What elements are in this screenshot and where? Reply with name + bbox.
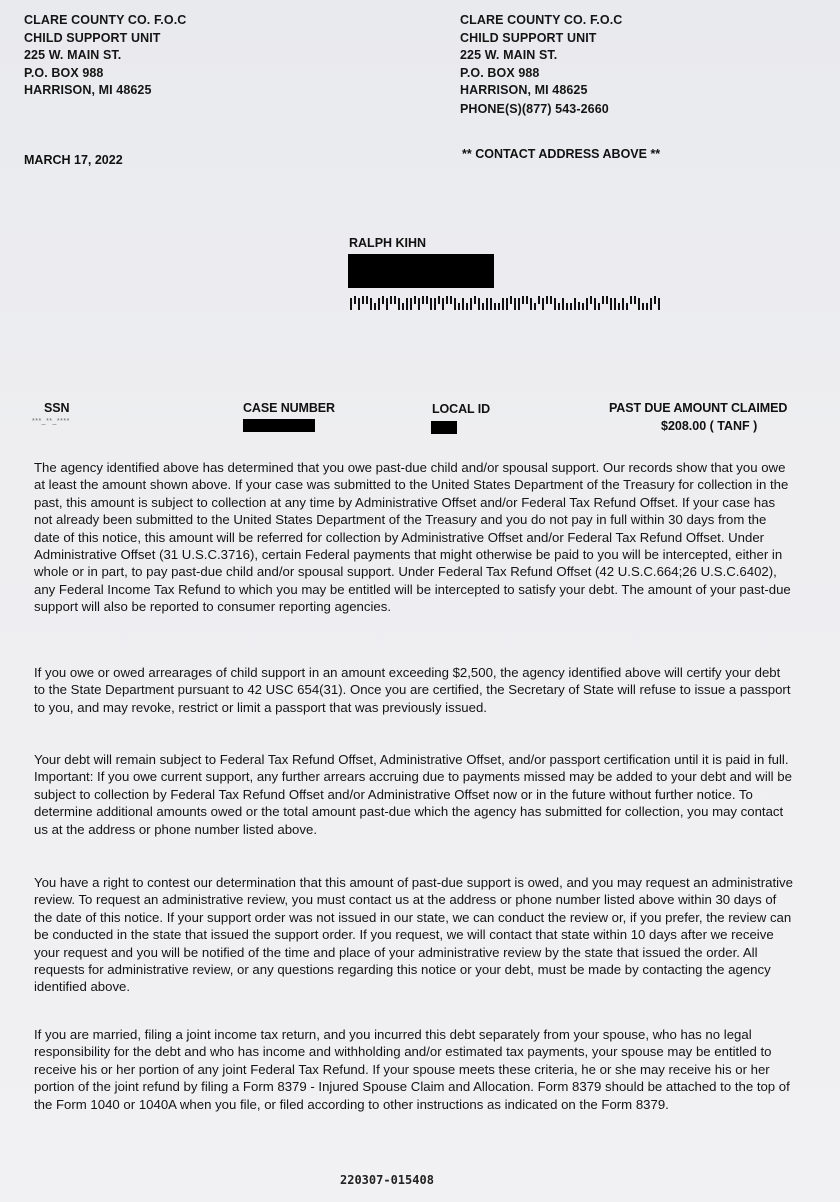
barcode-bar (446, 296, 448, 304)
barcode-bar (426, 296, 428, 304)
barcode-bar (606, 296, 608, 304)
sender-line: 225 W. MAIN ST. (24, 47, 186, 65)
barcode-bar (498, 303, 500, 310)
barcode-bar (586, 298, 588, 310)
barcode-bar (594, 298, 596, 310)
barcode-bar (526, 296, 528, 304)
redacted-case-number (243, 419, 315, 432)
barcode-bar (494, 303, 496, 310)
redacted-local-id (431, 421, 457, 434)
notice-date: MARCH 17, 2022 (24, 153, 123, 167)
barcode-bar (558, 303, 560, 310)
barcode-bar (582, 303, 584, 310)
barcode-bar (390, 296, 392, 304)
past-due-amount-label: PAST DUE AMOUNT CLAIMED (609, 401, 787, 415)
redacted-recipient-address (348, 254, 494, 288)
barcode-bar (382, 296, 384, 304)
barcode-bar (514, 298, 516, 310)
barcode-bar (538, 296, 540, 304)
sender-line: HARRISON, MI 48625 (24, 82, 186, 100)
barcode-bar (622, 298, 624, 310)
barcode-bar (618, 303, 620, 310)
barcode-bar (354, 296, 356, 304)
case-number-label: CASE NUMBER (243, 401, 335, 415)
barcode-bar (422, 296, 424, 304)
barcode-bar (406, 298, 408, 310)
barcode-bar (350, 298, 352, 310)
barcode-bar (610, 298, 612, 310)
barcode-bar (410, 298, 412, 310)
sender-line: P.O. BOX 988 (460, 65, 622, 83)
barcode-bar (590, 296, 592, 304)
document-code: 220307-015408 (340, 1173, 434, 1187)
contact-address-note: ** CONTACT ADDRESS ABOVE ** (462, 147, 660, 161)
barcode-bar (642, 303, 644, 310)
barcode-bar (574, 298, 576, 310)
ssn-value: ***_**_**** (32, 418, 70, 425)
barcode-bar (638, 298, 640, 310)
barcode-bar (402, 303, 404, 310)
barcode-bar (630, 296, 632, 304)
barcode-bar (554, 298, 556, 310)
barcode-bar (550, 296, 552, 304)
barcode-bar (602, 296, 604, 304)
paragraph-right-to-contest: You have a right to contest our determin… (34, 874, 794, 996)
barcode-bar (546, 296, 548, 304)
barcode-bar (614, 298, 616, 310)
sender-address-left: CLARE COUNTY CO. F.O.C CHILD SUPPORT UNI… (24, 12, 186, 100)
barcode-bar (398, 298, 400, 310)
barcode-bar (434, 298, 436, 310)
barcode-bar (442, 298, 444, 310)
barcode-bar (478, 298, 480, 310)
paragraph-debt-remains: Your debt will remain subject to Federal… (34, 751, 794, 838)
barcode-bar (430, 298, 432, 310)
barcode-bar (534, 303, 536, 310)
barcode-bar (530, 298, 532, 310)
barcode-bar (414, 296, 416, 304)
paragraph-offset-notice: The agency identified above has determin… (34, 459, 794, 616)
barcode-bar (578, 302, 580, 310)
barcode-bar (522, 296, 524, 304)
sender-line: HARRISON, MI 48625 (460, 82, 622, 100)
barcode-bar (386, 298, 388, 310)
barcode-bar (358, 298, 360, 310)
barcode-bar (454, 298, 456, 310)
local-id-label: LOCAL ID (432, 402, 490, 416)
barcode-bar (598, 303, 600, 310)
sender-line: 225 W. MAIN ST. (460, 47, 622, 65)
barcode-bar (650, 298, 652, 310)
sender-line: CHILD SUPPORT UNIT (460, 30, 622, 48)
sender-line: CLARE COUNTY CO. F.O.C (460, 12, 622, 30)
barcode-bar (462, 298, 464, 310)
sender-line: P.O. BOX 988 (24, 65, 186, 83)
past-due-amount-value: $208.00 ( TANF ) (661, 419, 757, 433)
barcode-bar (438, 296, 440, 304)
barcode-bar (378, 298, 380, 310)
barcode-bar (474, 296, 476, 304)
barcode-bar (482, 303, 484, 310)
barcode-bar (470, 298, 472, 310)
paragraph-passport: If you owe or owed arrearages of child s… (34, 664, 794, 716)
postal-barcode (350, 296, 660, 310)
barcode-bar (374, 303, 376, 310)
barcode-bar (486, 298, 488, 310)
barcode-bar (646, 303, 648, 310)
sender-line: CLARE COUNTY CO. F.O.C (24, 12, 186, 30)
barcode-bar (658, 298, 660, 310)
barcode-bar (634, 296, 636, 304)
barcode-bar (510, 296, 512, 304)
barcode-bar (506, 298, 508, 310)
recipient-name: RALPH KIHN (349, 236, 426, 250)
barcode-bar (542, 298, 544, 310)
barcode-bar (450, 296, 452, 304)
sender-address-right: CLARE COUNTY CO. F.O.C CHILD SUPPORT UNI… (460, 12, 622, 118)
barcode-bar (518, 298, 520, 310)
barcode-bar (370, 298, 372, 310)
barcode-bar (654, 296, 656, 304)
barcode-bar (466, 303, 468, 310)
barcode-bar (502, 298, 504, 310)
ssn-label: SSN (44, 401, 69, 415)
barcode-bar (418, 298, 420, 310)
sender-line: CHILD SUPPORT UNIT (24, 30, 186, 48)
barcode-bar (362, 296, 364, 304)
barcode-bar (394, 296, 396, 304)
barcode-bar (366, 296, 368, 304)
barcode-bar (562, 298, 564, 310)
barcode-bar (566, 303, 568, 310)
paragraph-injured-spouse: If you are married, filing a joint incom… (34, 1026, 794, 1113)
sender-phone: PHONE(S)(877) 543-2660 (460, 101, 622, 119)
barcode-bar (458, 303, 460, 310)
barcode-bar (490, 298, 492, 310)
barcode-bar (570, 303, 572, 310)
barcode-bar (626, 303, 628, 310)
